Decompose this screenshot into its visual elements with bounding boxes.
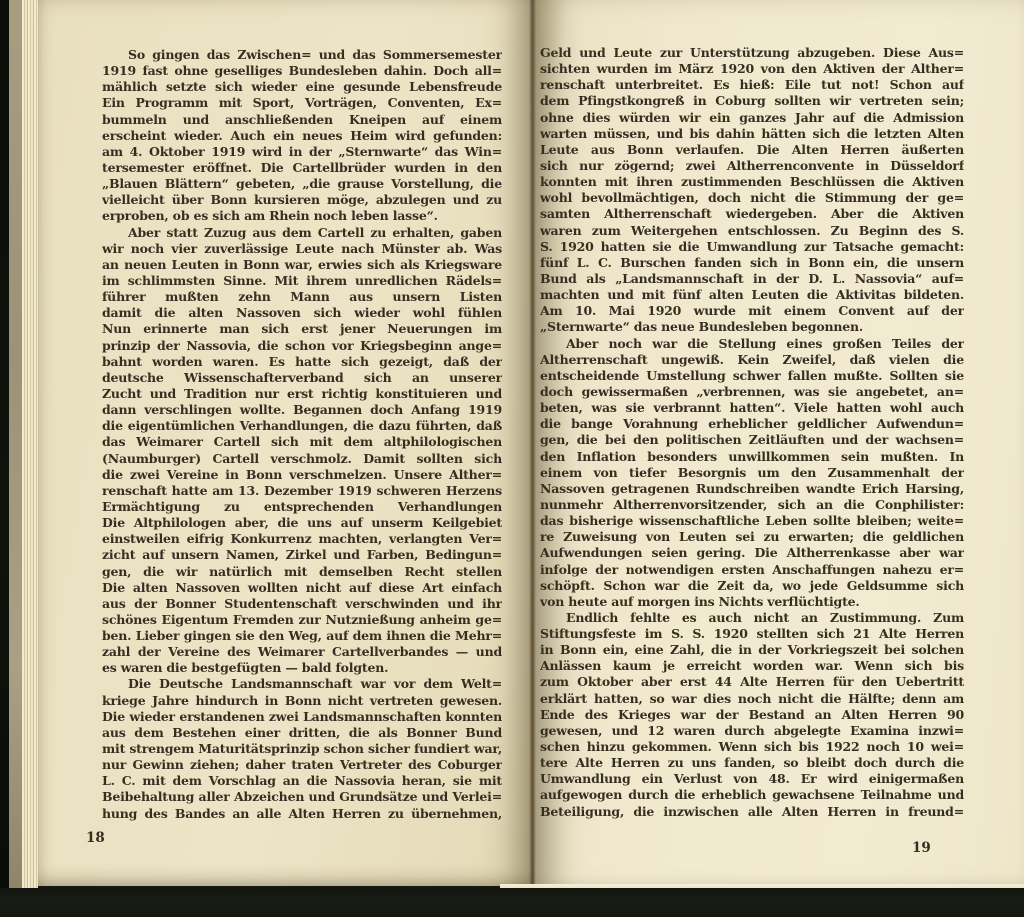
- text-line: gewesen, und 12 waren durch abgelegte Ex…: [540, 723, 964, 739]
- text-line: Die wieder erstandenen zwei Landsmannsch…: [102, 709, 502, 725]
- text-line: schen hinzu gekommen. Wenn sich bis 1922…: [540, 739, 964, 755]
- text-line: prinzip der Nassovia, die schon vor Krie…: [102, 338, 502, 354]
- text-line: einstweilen eifrig Konkurrenz machten, v…: [102, 531, 502, 547]
- text-line: einem von tiefer Besorgnis um den Zusamm…: [540, 465, 964, 481]
- text-line: L. C. mit dem Vorschlag an die Nassovia …: [102, 773, 502, 789]
- text-line: aus dem Bestehen einer dritten, die als …: [102, 725, 502, 741]
- text-line: renschaft unterbreitet. Es hieß: Eile tu…: [540, 77, 964, 93]
- text-line: Nassoven getragenen Rundschreiben wandte…: [540, 481, 964, 497]
- text-line: gen, die bei den politischen Zeitläuften…: [540, 432, 964, 448]
- text-line: Umwandlung ein Verlust von 48. Er wird e…: [540, 771, 964, 787]
- text-line: damit die alten Nassoven sich wieder woh…: [102, 305, 502, 321]
- book-spine-edge: [9, 0, 22, 888]
- text-line: nur Gewinn ziehen; daher traten Vertrete…: [102, 757, 502, 773]
- text-line: Die Altphilologen aber, die uns auf unse…: [102, 515, 502, 531]
- text-line: Die alten Nassoven wollten nicht auf die…: [102, 580, 502, 596]
- text-line: tersemester eröffnet. Die Cartellbrüder …: [102, 160, 502, 176]
- text-line: zum Oktober aber erst 44 Alte Herren für…: [540, 674, 964, 690]
- text-line: doch gewissermaßen „verbrennen, was sie …: [540, 384, 964, 400]
- text-line: renschaft hatte am 13. Dezember 1919 sch…: [102, 483, 502, 499]
- text-line: infolge der notwendigen ersten Anschaffu…: [540, 562, 964, 578]
- text-line: am 4. Oktober 1919 wird in der „Sternwar…: [102, 144, 502, 160]
- text-line: mählich setzte sich wieder eine gesunde …: [102, 79, 502, 95]
- text-line: zahl der Vereine des Weimarer Cartellver…: [102, 644, 502, 660]
- text-line: warten müssen, und bis dahin hätten sich…: [540, 126, 964, 142]
- text-line: Die Deutsche Landsmannschaft war vor dem…: [102, 676, 502, 692]
- text-line: in Bonn ein, eine Zahl, die in der Vorkr…: [540, 642, 964, 658]
- text-line: Beibehaltung aller Abzeichen und Grundsä…: [102, 789, 502, 805]
- text-line: von heute auf morgen ins Nichts verflüch…: [540, 594, 964, 610]
- text-line: den Inflation besonders unwillkommen sei…: [540, 449, 964, 465]
- text-line: wohl bevollmächtigen, doch nicht die Sti…: [540, 190, 964, 206]
- text-line: 1919 fast ohne geselliges Bundesleben da…: [102, 63, 502, 79]
- text-line: erproben, ob es sich am Rhein noch leben…: [102, 208, 502, 224]
- text-line: bummeln und anschließenden Kneipen auf e…: [102, 112, 502, 128]
- text-line: Bund als „Landsmannschaft in der D. L. N…: [540, 271, 964, 287]
- text-line: die bange Vorahnung erheblicher geldlich…: [540, 416, 964, 432]
- text-line: Altherrenschaft ungewiß. Kein Zweifel, d…: [540, 352, 964, 368]
- left-page: So gingen das Zwischen= und das Sommerse…: [38, 0, 534, 886]
- text-line: Beteiligung, die inzwischen alle Alten H…: [540, 804, 964, 820]
- text-line: das bisherige wissenschaftliche Leben so…: [540, 513, 964, 529]
- text-line: fünf L. C. Burschen fanden sich in Bonn …: [540, 255, 964, 271]
- text-line: zicht auf unsern Namen, Zirkel und Farbe…: [102, 547, 502, 563]
- text-line: Am 10. Mai 1920 wurde mit einem Convent …: [540, 303, 964, 319]
- text-line: im schlimmsten Sinne. Mit ihrem unredlic…: [102, 273, 502, 289]
- text-line: Ermächtigung zu entsprechenden Verhandlu…: [102, 499, 502, 515]
- text-line: gen, die wir natürlich mit demselben Rec…: [102, 564, 502, 580]
- text-line: sichten wurden im März 1920 von den Akti…: [540, 61, 964, 77]
- text-line: Geld und Leute zur Unterstützung abzugeb…: [540, 45, 964, 61]
- text-line: samten Altherrenschaft wiedergeben. Aber…: [540, 206, 964, 222]
- text-line: So gingen das Zwischen= und das Sommerse…: [102, 47, 502, 63]
- text-line: aus der Bonner Studentenschaft verschwin…: [102, 596, 502, 612]
- text-line: entscheidende Umstellung schwer fallen m…: [540, 368, 964, 384]
- text-line: S. 1920 hatten sie die Umwandlung zur Ta…: [540, 239, 964, 255]
- text-line: machten und mit fünf alten Leuten die Ak…: [540, 287, 964, 303]
- text-line: ben. Lieber gingen sie den Weg, auf dem …: [102, 628, 502, 644]
- text-line: die eigentümlichen Verhandlungen, die da…: [102, 418, 502, 434]
- text-line: waren zum Weitergehen entschlossen. Zu B…: [540, 223, 964, 239]
- text-line: mit strengem Maturitätsprinzip schon sic…: [102, 741, 502, 757]
- text-line: Anlässen kaum je erreicht worden war. We…: [540, 658, 964, 674]
- text-line: Aber noch war die Stellung eines großen …: [540, 336, 964, 352]
- text-line: Zucht und Tradition nur erst richtig kon…: [102, 386, 502, 402]
- text-line: Endlich fehlte es auch nicht an Zustimmu…: [540, 610, 964, 626]
- text-line: dem Pfingstkongreß in Coburg sollten wir…: [540, 93, 964, 109]
- text-line: Ein Programm mit Sport, Vorträgen, Conve…: [102, 95, 502, 111]
- text-line: sich nur zögernd; zwei Altherrenconvente…: [540, 158, 964, 174]
- text-line: „Blauen Blättern“ gebeten, „die grause V…: [102, 176, 502, 192]
- text-line: kriege Jahre hindurch in Bonn nicht vert…: [102, 693, 502, 709]
- text-line: an neuen Leuten in Bonn war, erwies sich…: [102, 257, 502, 273]
- text-line: Aber statt Zuzug aus dem Cartell zu erha…: [102, 225, 502, 241]
- text-line: nunmehr Altherrenvorsitzender, sich an d…: [540, 497, 964, 513]
- text-line: (Naumburger) Cartell verschmolz. Damit s…: [102, 451, 502, 467]
- page-number-left: 18: [86, 830, 105, 846]
- left-page-text: So gingen das Zwischen= und das Sommerse…: [102, 47, 502, 822]
- text-line: tere Alte Herren zu uns fanden, so bleib…: [540, 755, 964, 771]
- page-number-right: 19: [912, 840, 931, 856]
- right-page-text: Geld und Leute zur Unterstützung abzugeb…: [540, 45, 964, 820]
- text-line: schönes Eigentum Fremden zur Nutznießung…: [102, 612, 502, 628]
- text-line: erscheint wieder. Auch ein neues Heim wi…: [102, 128, 502, 144]
- text-line: es waren die bestgefügten — bald folgten…: [102, 660, 502, 676]
- text-line: re Zuweisung von Leuten sei zu erwarten;…: [540, 529, 964, 545]
- text-line: schöpft. Schon war die Zeit da, wo jede …: [540, 578, 964, 594]
- text-line: Aufwendungen seien gering. Die Altherren…: [540, 545, 964, 561]
- text-line: dann verschlingen wollte. Begannen doch …: [102, 402, 502, 418]
- right-page: Geld und Leute zur Unterstützung abzugeb…: [534, 0, 1024, 893]
- text-line: Nun erinnerte man sich erst jener Neueru…: [102, 321, 502, 337]
- text-line: ohne dies würden wir ein ganzes Jahr auf…: [540, 110, 964, 126]
- book-gutter-shadow: [529, 0, 536, 890]
- text-line: deutsche Wissenschafterverband sich an u…: [102, 370, 502, 386]
- text-line: hung des Bandes an alle Alten Herren zu …: [102, 806, 502, 822]
- text-line: das Weimarer Cartell sich mit dem altphi…: [102, 434, 502, 450]
- text-line: aufgewogen durch die erheblich gewachsen…: [540, 787, 964, 803]
- text-line: Ende des Krieges war der Bestand an Alte…: [540, 707, 964, 723]
- book-scan: So gingen das Zwischen= und das Sommerse…: [0, 0, 1024, 917]
- text-line: erklärt hatten, so war dies noch nicht d…: [540, 691, 964, 707]
- text-line: beten, was sie verbrannt hatten“. Viele …: [540, 400, 964, 416]
- text-line: führer mußten zehn Mann aus unsern Liste…: [102, 289, 502, 305]
- table-surface: [0, 888, 1024, 917]
- text-line: bahnt worden waren. Es hatte sich gezeig…: [102, 354, 502, 370]
- text-line: konnten mit ihren zustimmenden Beschlüss…: [540, 174, 964, 190]
- text-line: Leute aus Bonn verlaufen. Die Alten Herr…: [540, 142, 964, 158]
- page-fore-edges: [22, 0, 38, 888]
- text-line: wir noch vier zuverlässige Leute nach Mü…: [102, 241, 502, 257]
- text-line: Stiftungsfeste im S. S. 1920 stellten si…: [540, 626, 964, 642]
- text-line: „Sternwarte“ das neue Bundesleben begonn…: [540, 319, 964, 335]
- book-cover-edge: [0, 0, 9, 888]
- text-line: vielleicht über Bonn kursieren möge, abz…: [102, 192, 502, 208]
- text-line: die zwei Vereine in Bonn verschmelzen. U…: [102, 467, 502, 483]
